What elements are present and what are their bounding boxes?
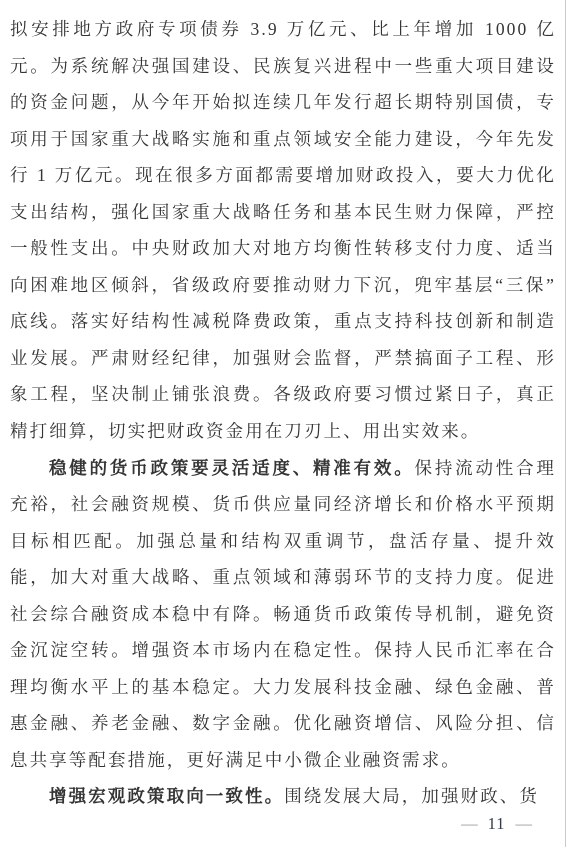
body-text: 拟安排地方政府专项债券 3.9 万亿元、比上年增加 1000 亿元。为系统解决强… <box>10 19 556 441</box>
page-number-left-dash: — <box>461 814 478 833</box>
paragraph-2: 稳健的货币政策要灵活适度、精准有效。保持流动性合理充裕，社会融资规模、货币供应量… <box>10 450 556 779</box>
lead-sentence: 稳健的货币政策要灵活适度、精准有效。 <box>49 458 415 478</box>
paragraph-1: 拟安排地方政府专项债券 3.9 万亿元、比上年增加 1000 亿元。为系统解决强… <box>10 11 556 450</box>
lead-sentence: 增强宏观政策取向一致性。 <box>49 786 284 806</box>
body-text: 围绕发展大局，加强财政、货 <box>284 786 539 806</box>
paragraph-3: 增强宏观政策取向一致性。围绕发展大局，加强财政、货 <box>10 778 556 815</box>
page-number-right-dash: — <box>516 814 533 833</box>
page-number-value: 11 <box>488 814 506 833</box>
body-text: 保持流动性合理充裕，社会融资规模、货币供应量同经济增长和价格水平预期目标相匹配。… <box>10 458 556 770</box>
document-page: 拟安排地方政府专项债券 3.9 万亿元、比上年增加 1000 亿元。为系统解决强… <box>0 0 573 847</box>
page-edge-line <box>565 0 566 847</box>
document-body: 拟安排地方政府专项债券 3.9 万亿元、比上年增加 1000 亿元。为系统解决强… <box>10 11 556 815</box>
page-number: —11— <box>461 814 532 834</box>
